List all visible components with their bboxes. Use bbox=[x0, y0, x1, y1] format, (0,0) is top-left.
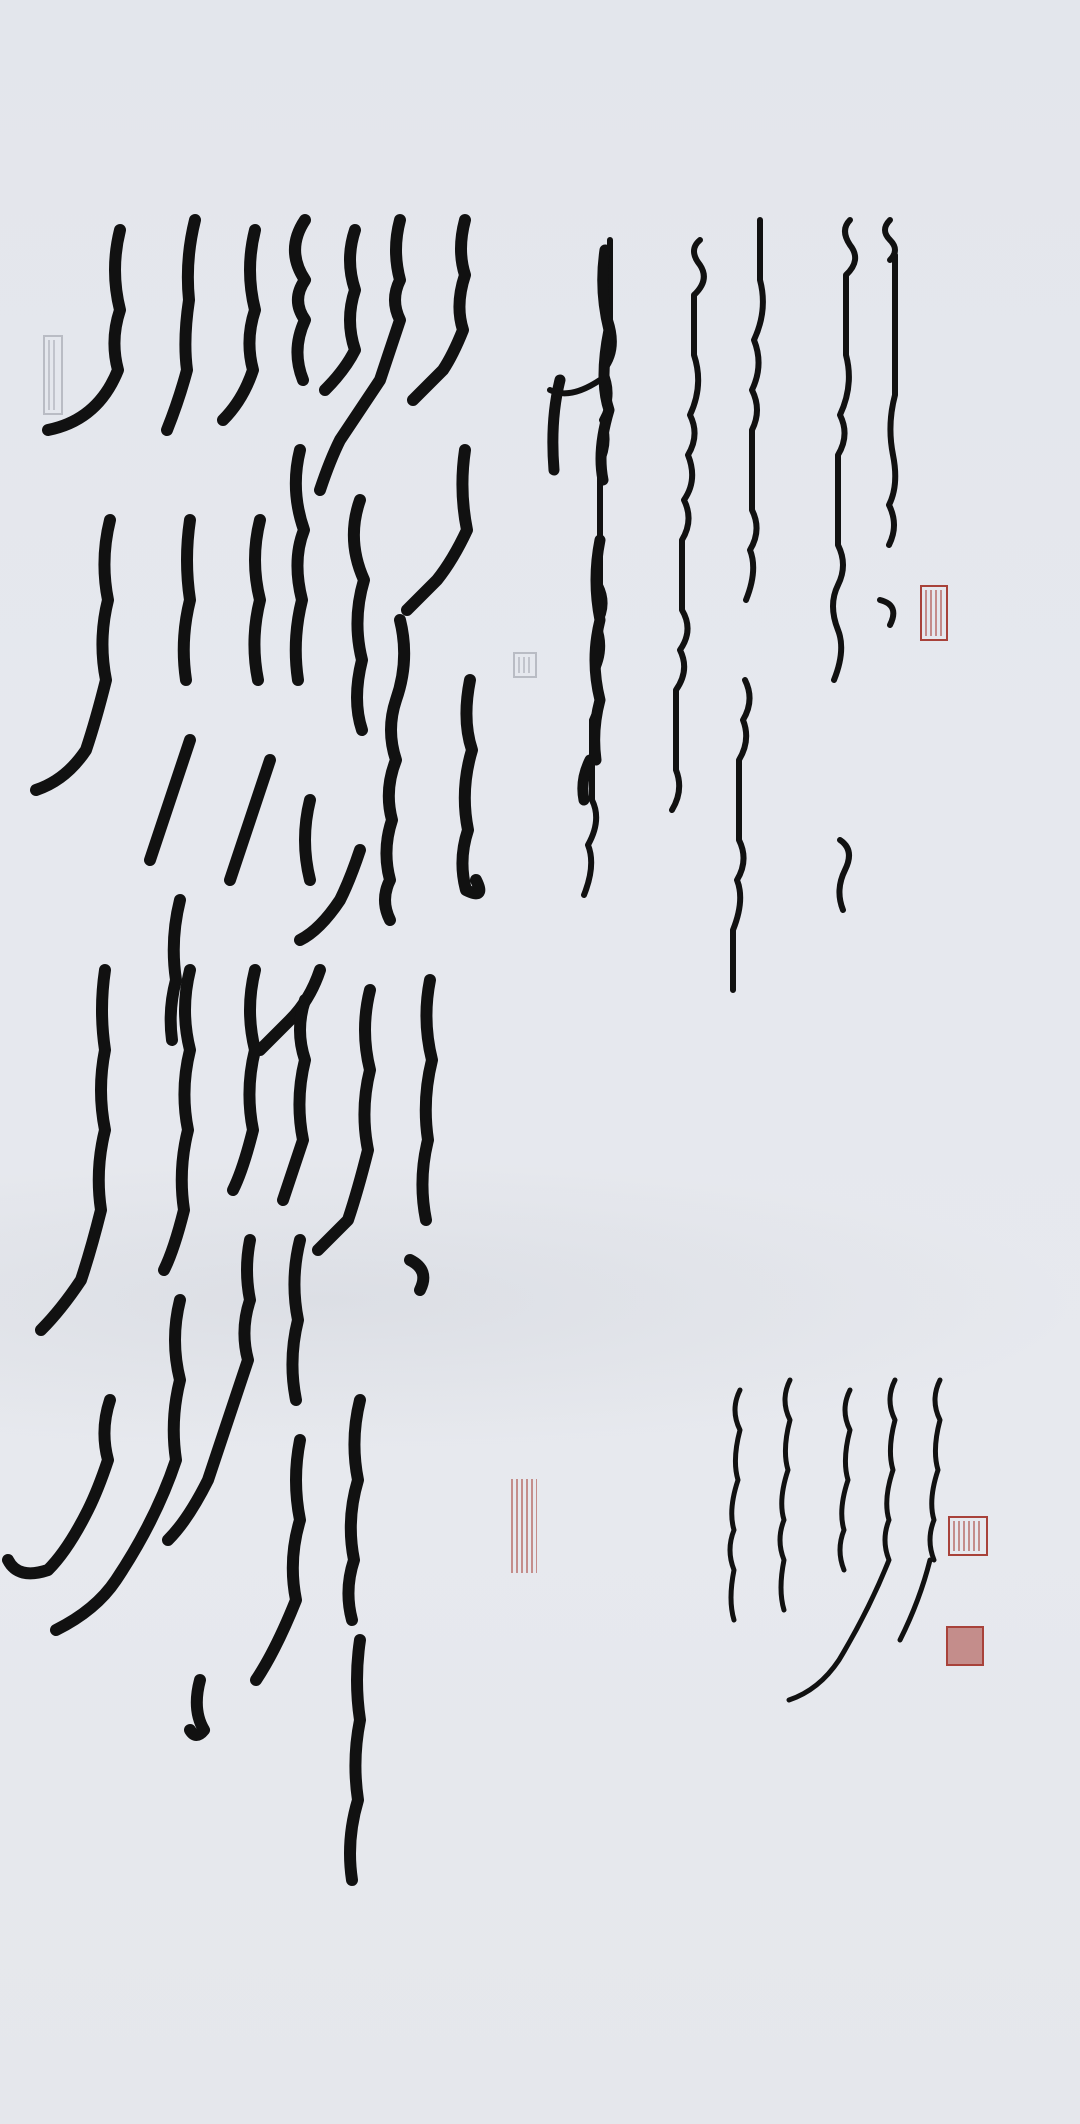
calligraphy-ink bbox=[0, 0, 1080, 2124]
middle-faint-seal bbox=[513, 652, 537, 678]
left-faint-seal bbox=[43, 335, 63, 415]
top-right-column-seal bbox=[920, 585, 948, 641]
colophon-text bbox=[730, 1380, 940, 1700]
main-text-lower bbox=[56, 970, 432, 1880]
center-seal bbox=[508, 1476, 540, 1576]
colophon-seal-lower bbox=[946, 1626, 984, 1666]
colophon-seal-square bbox=[948, 1516, 988, 1556]
